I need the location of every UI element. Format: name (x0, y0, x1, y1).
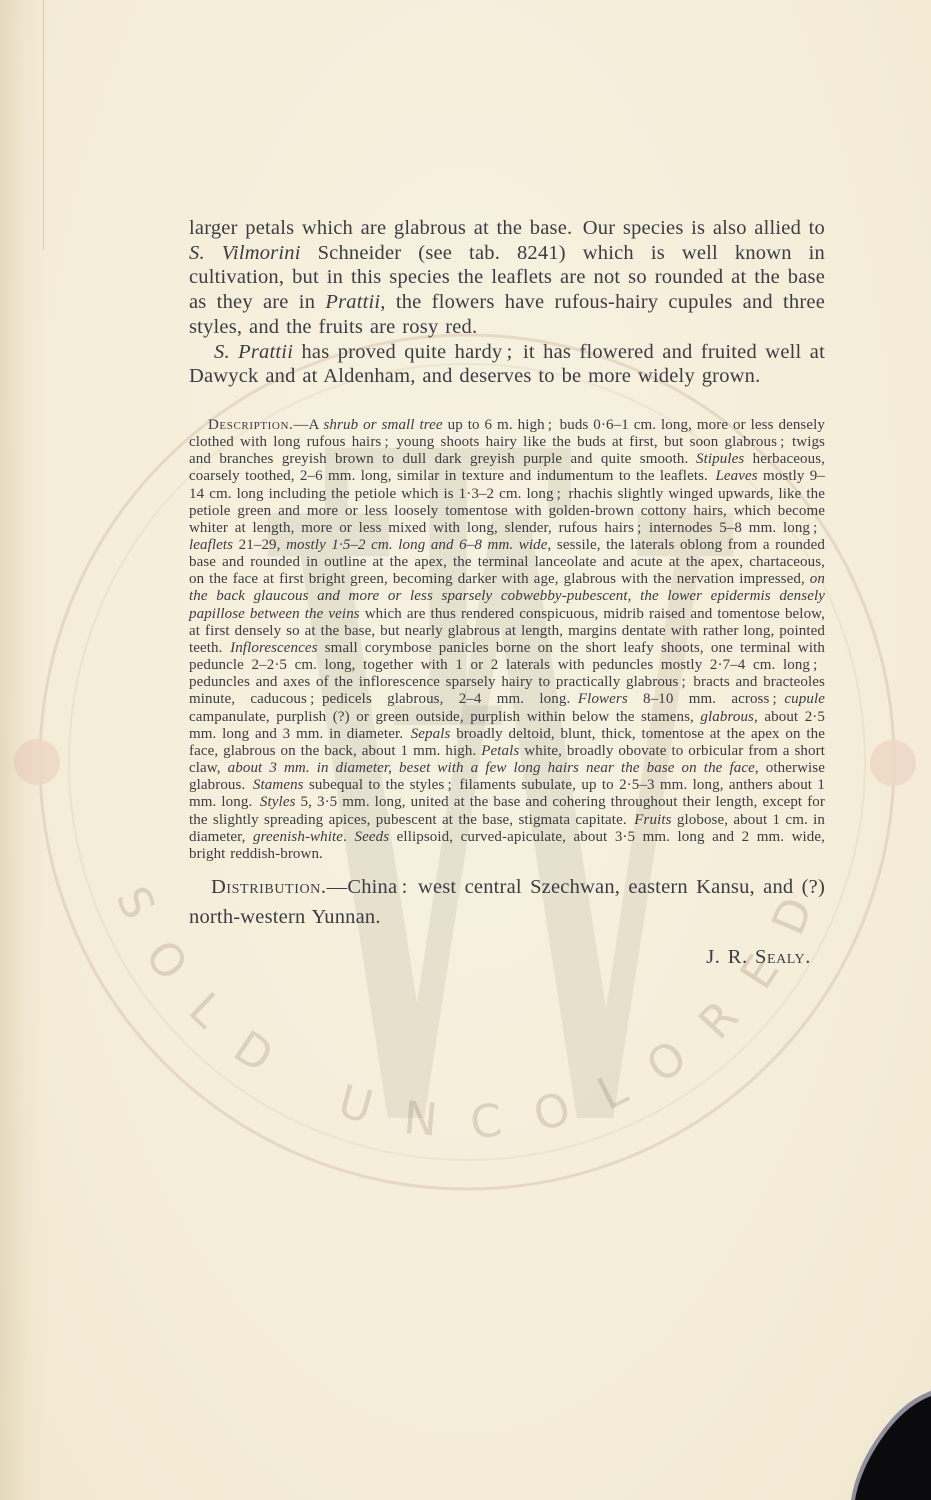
signature: J. R. Sealy. (189, 945, 825, 970)
text-run: campanulate, purplish (?) or green outsi… (189, 709, 700, 725)
text-run: Distribution. (211, 876, 327, 898)
paragraph-intro: larger petals which are glabrous at the … (189, 216, 825, 340)
description-paragraph: Description.—A shrub or small tree up to… (189, 417, 825, 863)
text-run: leaflets (189, 537, 233, 553)
text-run: . (343, 829, 354, 845)
text-run: S. Prattii (214, 341, 293, 363)
text-run: S. Vilmorini (189, 242, 301, 264)
text-run: greenish-white (253, 829, 343, 845)
text-run: Seeds (355, 829, 390, 845)
text-run: J. R. Sealy. (706, 946, 811, 968)
watermark-right-dot (870, 740, 916, 786)
text-run: larger petals which are glabrous at the … (189, 217, 825, 239)
text-run: shrub or small tree (324, 417, 443, 433)
text-run: mostly 1·5–2 cm. long and 6–8 mm. wide (286, 537, 547, 553)
text-run: Stipules (696, 451, 744, 467)
text-run: 8–10 mm. across ; (628, 691, 785, 707)
text-run: —A (293, 417, 323, 433)
text-run: Leaves (715, 468, 757, 484)
text-run: 21–29, (233, 537, 286, 553)
text-run: Prattii (325, 291, 380, 313)
text-run: cupule (784, 691, 825, 707)
text-run: Styles (260, 794, 296, 810)
watermark-left-dot (14, 739, 60, 785)
ink-blot-corner (811, 1380, 931, 1500)
text-run: Description. (208, 417, 293, 433)
text-run: Inflorescences (230, 640, 317, 656)
text-run: glabrous (700, 709, 754, 725)
text-run: Sepals (411, 726, 451, 742)
page-edge-line (43, 0, 44, 250)
page-edge-shadow (0, 0, 46, 1500)
distribution-paragraph: Distribution.—China : west central Szech… (189, 872, 825, 932)
scanned-book-page: SOLD UNCOLORED T W larger petals which a… (0, 0, 931, 1500)
paragraph-hardiness: S. Prattii has proved quite hardy ; it h… (189, 340, 825, 389)
text-run: Flowers (578, 691, 628, 707)
text-run: about 3 mm. in diameter, beset with a fe… (228, 760, 755, 776)
text-block: larger petals which are glabrous at the … (189, 216, 825, 970)
text-run: Petals (481, 743, 519, 759)
text-run: Stamens (253, 777, 304, 793)
text-run: Fruits (634, 812, 671, 828)
